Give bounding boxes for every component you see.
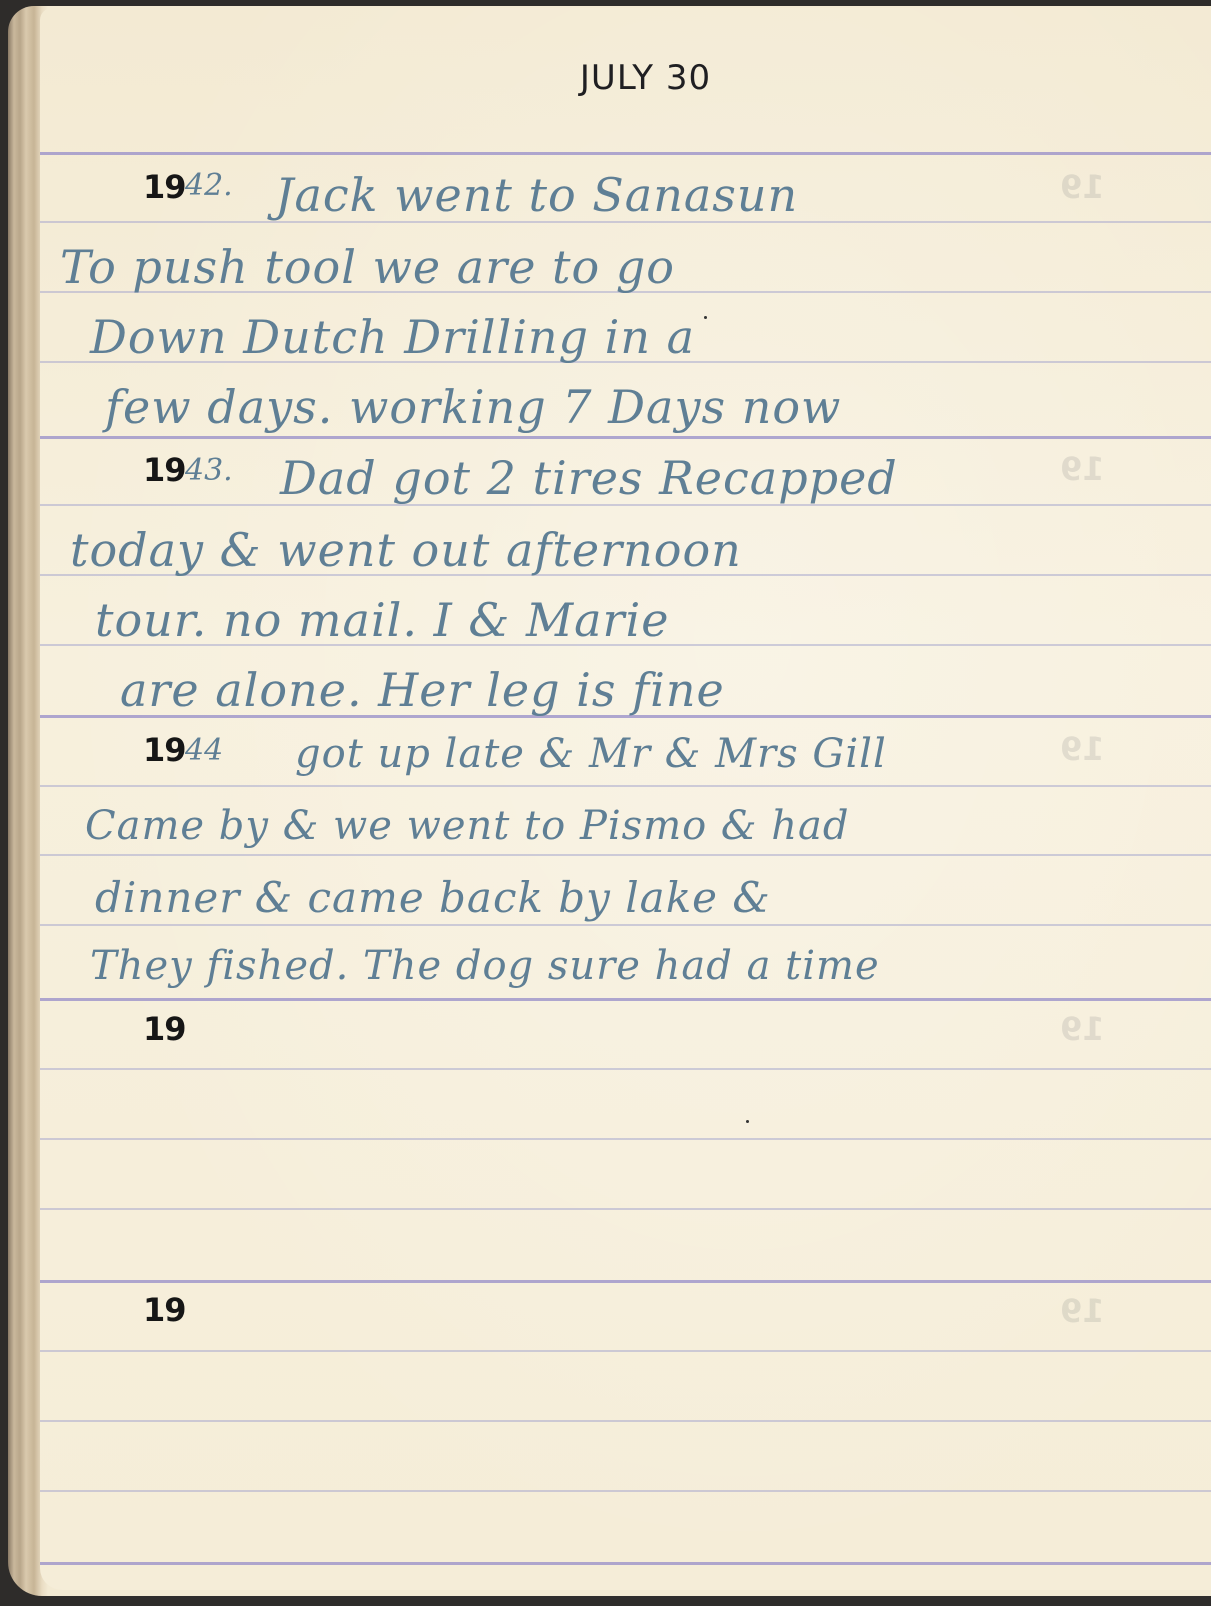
handwritten-year: 43. xyxy=(185,453,233,488)
handwritten-line: dinner & came back by lake & xyxy=(95,873,771,922)
year-label: 19 xyxy=(143,451,186,489)
handwritten-line: Dad got 2 tires Recapped xyxy=(280,451,898,505)
year-label: 19 xyxy=(143,1291,186,1329)
handwritten-year: 42. xyxy=(185,168,233,203)
diary-page: JULY 30 19 19 19 19 19 19 42. Jack xyxy=(40,8,1211,1590)
paper-speck xyxy=(746,1120,749,1123)
ruled-line xyxy=(40,1068,1211,1070)
ruled-line xyxy=(40,1350,1211,1352)
ruled-line xyxy=(40,1490,1211,1492)
ruled-line xyxy=(40,785,1211,787)
handwritten-line: Jack went to Sanasun xyxy=(275,168,798,222)
handwritten-year: 44 xyxy=(185,733,223,768)
ghost-year-label: 19 xyxy=(1060,1010,1105,1048)
section-rule xyxy=(40,152,1211,155)
handwritten-line: few days. working 7 Days now xyxy=(105,380,841,434)
year-label: 19 xyxy=(143,731,186,769)
handwritten-line: got up late & Mr & Mrs Gill xyxy=(295,731,887,777)
ruled-line xyxy=(40,854,1211,856)
handwritten-line: today & went out afternoon xyxy=(70,523,742,577)
page-title: JULY 30 xyxy=(40,58,1211,98)
ruled-line xyxy=(40,1208,1211,1210)
section-rule xyxy=(40,998,1211,1001)
section-rule xyxy=(40,1280,1211,1283)
ghost-year-label: 19 xyxy=(1060,168,1105,206)
paper-speck xyxy=(704,316,707,319)
ghost-year-label: 19 xyxy=(1060,730,1105,768)
ruled-line xyxy=(40,1420,1211,1422)
handwritten-line: To push tool we are to go xyxy=(60,240,675,294)
ghost-year-label: 19 xyxy=(1060,1292,1105,1330)
handwritten-line: tour. no mail. I & Marie xyxy=(95,593,669,647)
handwritten-line: They fished. The dog sure had a time xyxy=(90,943,880,989)
diary-scan: JULY 30 19 19 19 19 19 19 42. Jack xyxy=(0,0,1211,1606)
year-label: 19 xyxy=(143,168,186,206)
handwritten-line: are alone. Her leg is fine xyxy=(120,663,725,717)
year-label: 19 xyxy=(143,1010,186,1048)
ghost-year-label: 19 xyxy=(1060,450,1105,488)
ruled-line xyxy=(40,924,1211,926)
ruled-line xyxy=(40,1138,1211,1140)
section-rule xyxy=(40,436,1211,439)
handwritten-line: Down Dutch Drilling in a xyxy=(90,310,695,364)
handwritten-line: Came by & we went to Pismo & had xyxy=(85,803,849,849)
section-rule xyxy=(40,1562,1211,1565)
